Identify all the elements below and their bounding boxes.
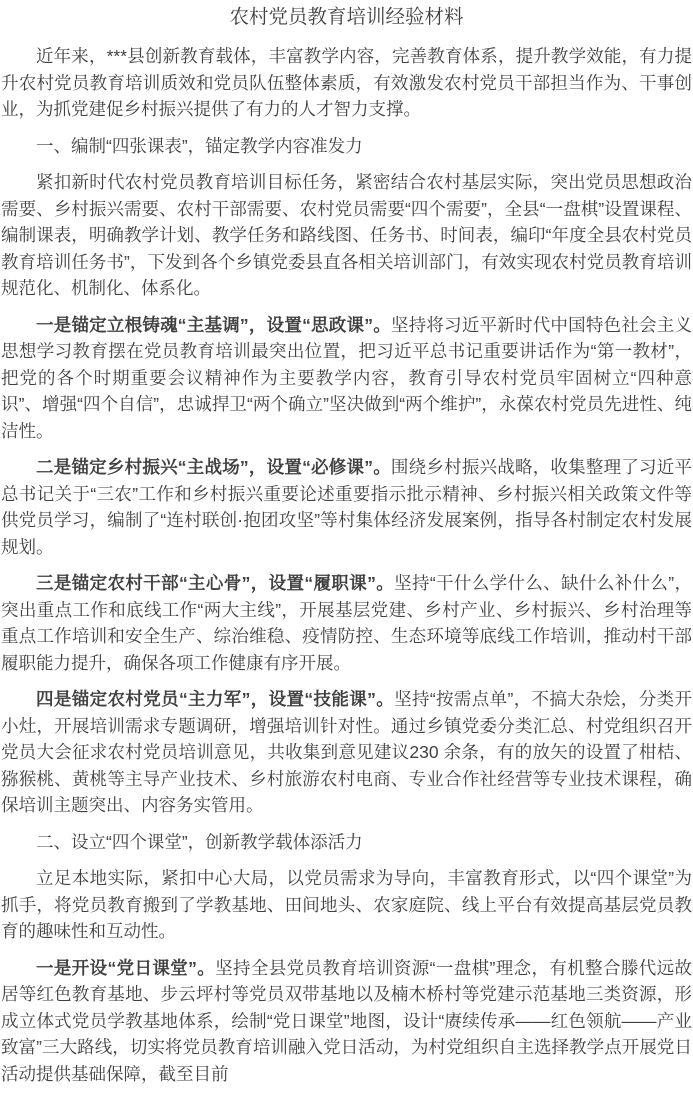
paragraph-lead: 三是锚定农村干部“主心骨”，设置“履职课”。 — [36, 573, 394, 593]
document-content: 近年来，***县创新教育载体，丰富教学内容，完善教育体系，提升教学效能，有力提升… — [1, 43, 692, 1087]
body-paragraph: 近年来，***县创新教育载体，丰富教学内容，完善教育体系，提升教学效能，有力提升… — [1, 43, 692, 123]
body-paragraph: 立足本地实际，紧扣中心大局，以党员需求为导向，丰富教育形式，以“四个课堂”为抓手… — [1, 865, 692, 945]
paragraph-lead: 四是锚定农村党员“主力军”，设置“技能课”。 — [36, 689, 394, 709]
paragraph-lead: 一是开设“党日课堂”。 — [36, 958, 215, 978]
body-paragraph: 一是锚定立根铸魂“主基调”，设置“思政课”。坚持将习近平新时代中国特色社会主义思… — [1, 312, 692, 445]
body-paragraph: 一是开设“党日课堂”。坚持全县党员教育培训资源“一盘棋”理念，有机整合滕代远故居… — [1, 955, 692, 1088]
paragraph-lead: 一是锚定立根铸魂“主基调”，设置“思政课”。 — [36, 315, 391, 335]
body-paragraph: 三是锚定农村干部“主心骨”，设置“履职课”。坚持“干什么学什么、缺什么补什么”，… — [1, 570, 692, 676]
section-heading: 一、编制“四张课表”，锚定教学内容准发力 — [1, 133, 692, 160]
document-title: 农村党员教育培训经验材料 — [1, 4, 692, 31]
document-page: 农村党员教育培训经验材料 近年来，***县创新教育载体，丰富教学内容，完善教育体… — [0, 0, 693, 1087]
body-paragraph: 二是锚定乡村振兴“主战场”，设置“必修课”。围绕乡村振兴战略，收集整理了习近平总… — [1, 454, 692, 560]
body-paragraph: 四是锚定农村党员“主力军”，设置“技能课”。坚持“按需点单”，不搞大杂烩，分类开… — [1, 686, 692, 819]
body-paragraph: 紧扣新时代农村党员教育培训目标任务，紧密结合农村基层实际，突出党员思想政治需要、… — [1, 169, 692, 302]
paragraph-lead: 二是锚定乡村振兴“主战场”，设置“必修课”。 — [36, 457, 391, 477]
section-heading: 二、设立“四个课堂”，创新教学载体添活力 — [1, 829, 692, 856]
